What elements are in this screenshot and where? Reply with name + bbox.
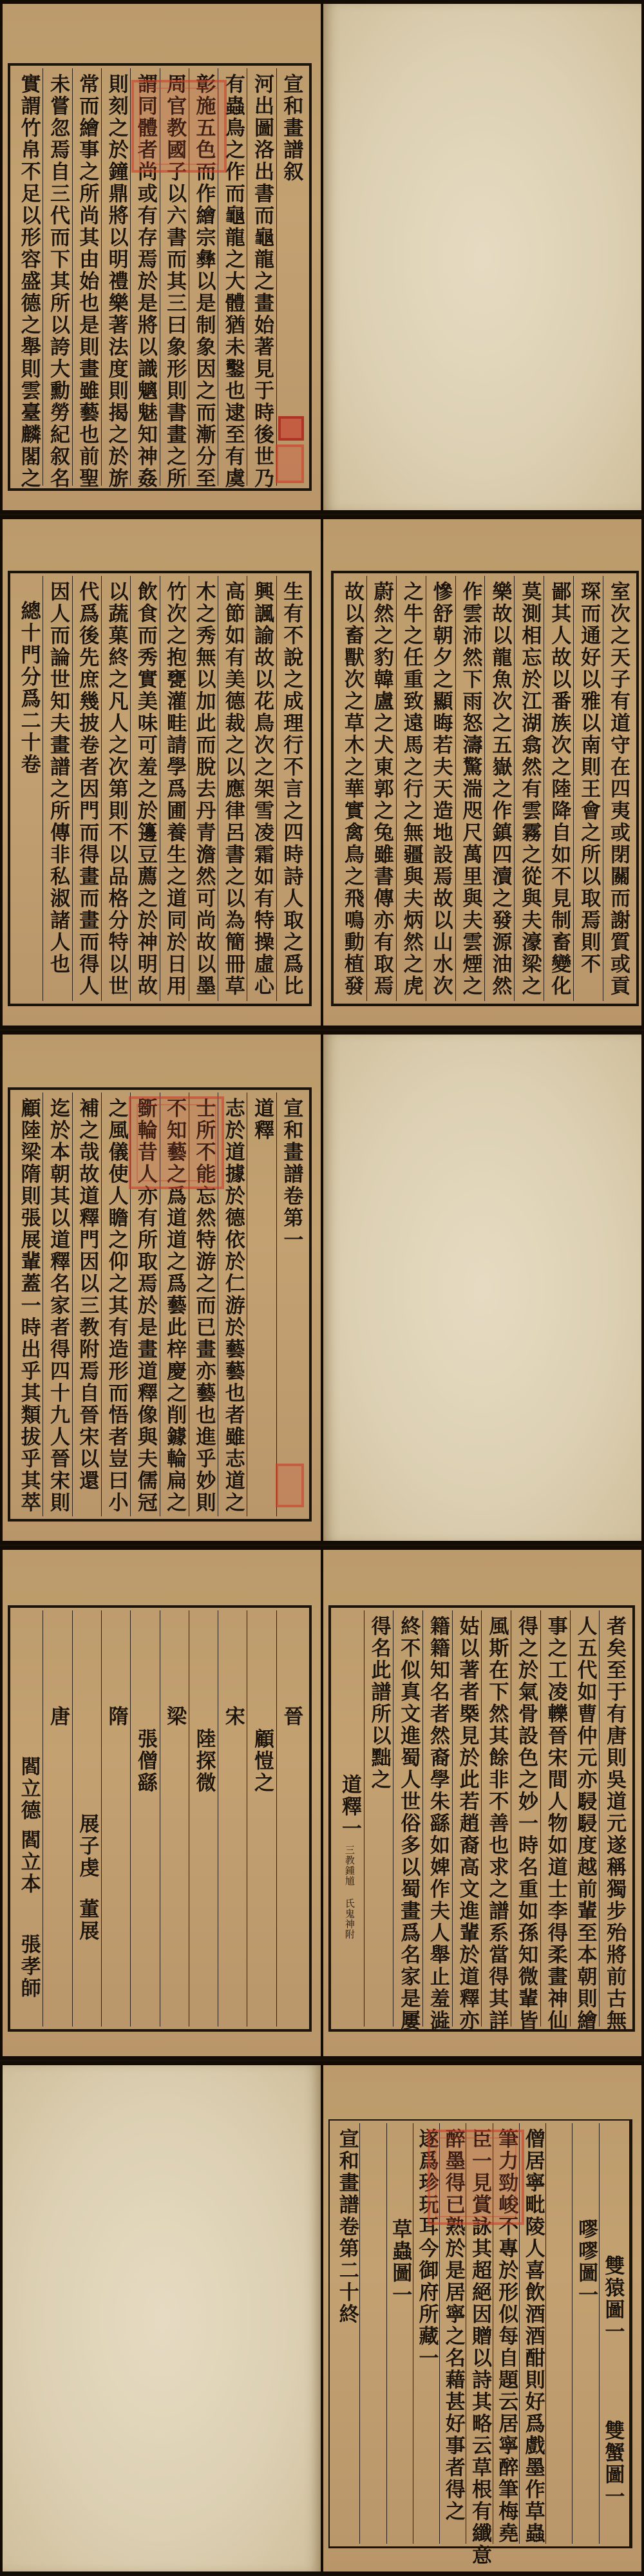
text-column: 之牛之任重致遠馬之行之無疆與夫炳然之虎 <box>396 576 426 1001</box>
text-column: 以蔬菓終之凡人之次第則不以品格分特以世 <box>101 576 130 1001</box>
dynasty-column: 梁 <box>160 1610 189 2027</box>
text-column: 嘐嘐圖一 <box>572 2123 598 2544</box>
red-seal-small <box>278 416 304 441</box>
red-seal-large <box>131 80 227 173</box>
red-seal-large <box>129 1096 224 1189</box>
page-preface-1: 宣和畫譜叙 河出圖洛出書而龜龍之畫始著見于時後世乃 有蟲鳥之作而龜龍之大體猶未鑿… <box>3 4 321 510</box>
dynasty-column: 隋 <box>101 1610 130 2027</box>
text-column: 故以畜獸次之草木之華實禽鳥之飛鳴動植發 <box>337 576 366 1001</box>
text-column: 竹次之抱甕灌畦請學爲圃養生之道同於日用 <box>160 576 189 1001</box>
text-column: 興諷諭故以花鳥次之架雪凌霜如有特操虛心 <box>247 576 276 1001</box>
spread-1: 宣和畫譜叙 河出圖洛出書而龜龍之畫始著見于時後世乃 有蟲鳥之作而龜龍之大體猶未鑿… <box>0 0 644 514</box>
red-seal-large <box>428 2130 524 2225</box>
text-column: 慘舒朝夕之顯晦若夫天造地設焉故以山水次 <box>426 576 455 1001</box>
text-column: 雙猿圖一 雙蟹圖一 <box>599 2123 625 2544</box>
text-column: 生有不說之成理行不言之四時詩人取之爲比 <box>276 576 305 1001</box>
blank-page <box>323 4 641 510</box>
text-column: 迄於本朝其以道釋名家者得四十九人晉宋則 <box>43 1092 71 1516</box>
painter-column: 陸探微 <box>189 1610 218 2027</box>
text-column: 得之於氣骨設色之妙一時名重如孫知微輩皆 <box>511 1610 540 2027</box>
text-column: 河出圖洛出書而龜龍之畫始著見于時後世乃 <box>247 68 276 486</box>
text-column: 作雲沛然下雨怒濤驚湍咫尺萬里與夫雲煙之 <box>455 576 485 1001</box>
text-column: 鄙其人故以番族次之陸降自如不見制畜變化 <box>544 576 573 1001</box>
text-column: 蔚然之豹韓盧之犬東郭之兔雖書傳亦有取焉 <box>366 576 396 1001</box>
dynasty-column: 晉 <box>276 1610 305 2027</box>
page-painter-list: 晉 顧愷之 宋 陸探微 梁 張僧繇 隋 展子虔 董展 唐 閻立德 閻立本 張孝師 <box>3 1550 321 2056</box>
spread-3: 宣和畫譜卷第一 道釋 志於道據於德依於仁游於藝藝也者雖志道之 士所不能忘然特游之… <box>0 1031 644 1545</box>
text-column: 籍籍知名者然裔學朱繇如婢作夫人舉止羞澁 <box>422 1610 452 2027</box>
dynasty-column: 唐 <box>43 1610 71 2027</box>
volume-title-column: 宣和畫譜卷第一 <box>276 1092 305 1516</box>
print-frame: 生有不說之成理行不言之四時詩人取之爲比 興諷諭故以花鳥次之架雪凌霜如有特操虛心 … <box>8 571 312 1006</box>
list-columns: 晉 顧愷之 宋 陸探微 梁 張僧繇 隋 展子虔 董展 唐 閻立德 閻立本 張孝師 <box>14 1610 305 2027</box>
text-column <box>545 2123 572 2544</box>
text-column: 草蟲圖一 <box>386 2123 413 2544</box>
blank-page <box>323 1035 641 1541</box>
painter-column: 顧愷之 <box>247 1610 276 2027</box>
text-column: 者矣至于有唐則吳道元遂稱獨步殆將前古無 <box>599 1610 629 2027</box>
text-columns: 室次之天子有道守在四夷或閉關而謝質或貢 琛而通好以雅以南則王會之所以取焉則不 鄙… <box>337 576 632 1001</box>
text-column <box>359 2123 386 2544</box>
text-column: 之風儀使人瞻之仰之其有造形而悟者豈曰小 <box>101 1092 130 1516</box>
red-seal-small-2 <box>276 444 304 483</box>
page-volume-20-end: 雙猿圖一 雙蟹圖一 嘐嘐圖一 僧居寧毗陵人喜飲酒酒酣則好爲戲墨作草蟲 筆力勁峻不… <box>323 2065 641 2571</box>
text-column: 代爲後先庶幾披卷者因門而得畫而畫而得人 <box>72 576 101 1001</box>
text-column: 飲食而秀實美味可羞之於籩豆薦之於神明故 <box>130 576 159 1001</box>
text-column: 樂故以龍魚次之五嶽之作鎮四瀆之發源油然 <box>484 576 514 1001</box>
text-column: 未嘗忽焉自三代而下其所以誇大勳勞紀叙名 <box>43 68 71 486</box>
page-preface-2: 室次之天子有道守在四夷或閉關而謝質或貢 琛而通好以雅以南則王會之所以取焉則不 鄙… <box>323 519 641 1026</box>
text-column: 風斯在下然其餘非不善也求之譜系當得其詳 <box>481 1610 511 2027</box>
text-columns: 者矣至于有唐則吳道元遂稱獨步殆將前古無 人五代如曹仲元亦駸駸度越前輩至本朝則繪 … <box>335 1610 629 2027</box>
print-frame: 晉 顧愷之 宋 陸探微 梁 張僧繇 隋 展子虔 董展 唐 閻立德 閻立本 張孝師 <box>8 1605 312 2032</box>
print-frame: 者矣至于有唐則吳道元遂稱獨步殆將前古無 人五代如曹仲元亦駸駸度越前輩至本朝則繪 … <box>328 1605 635 2032</box>
text-column: 事之工凌轢晉宋間人物如道士李得柔畫神仙 <box>540 1610 570 2027</box>
dynasty-column: 宋 <box>218 1610 247 2027</box>
section-heading-column: 道釋 <box>247 1092 276 1516</box>
text-column: 木之秀無以加此而脫去丹青澹然可尚故以墨 <box>189 576 218 1001</box>
spread-2: 生有不說之成理行不言之四時詩人取之爲比 興諷諭故以花鳥次之架雪凌霜如有特操虛心 … <box>0 515 644 1029</box>
spread-5: 雙猿圖一 雙蟹圖一 嘐嘐圖一 僧居寧毗陵人喜飲酒酒酣則好爲戲墨作草蟲 筆力勁峻不… <box>0 2061 644 2575</box>
page-volume-1-end: 者矣至于有唐則吳道元遂稱獨步殆將前古無 人五代如曹仲元亦駸駸度越前輩至本朝則繪 … <box>323 1550 641 2056</box>
painter-column: 張僧繇 <box>130 1610 159 2027</box>
page-preface-3: 生有不說之成理行不言之四時詩人取之爲比 興諷諭故以花鳥次之架雪凌霜如有特操虛心 … <box>3 519 321 1026</box>
text-columns: 生有不說之成理行不言之四時詩人取之爲比 興諷諭故以花鳥次之架雪凌霜如有特操虛心 … <box>14 576 305 1001</box>
text-column: 莫測相忘於江湖翕然有雲霧之從與夫濠梁之 <box>514 576 544 1001</box>
text-column: 常而繪事之所尚其由始也是則畫雖藝也前聖 <box>72 68 101 486</box>
text-column: 則刻之於鐘鼎將以明禮樂著法度則揭之於旂 <box>101 68 130 486</box>
text-column: 顧陸梁隋則張展輩蓋一時出乎其類拔乎其萃 <box>14 1092 43 1516</box>
red-seal-small <box>276 1464 304 1507</box>
painter-column: 閻立德 閻立本 張孝師 <box>14 1610 43 2027</box>
spread-4: 晉 顧愷之 宋 陸探微 梁 張僧繇 隋 展子虔 董展 唐 閻立德 閻立本 張孝師 <box>0 1546 644 2060</box>
text-column: 姑以著者槩見於此若趙裔高文進輩於道釋亦 <box>452 1610 482 2027</box>
text-column: 人五代如曹仲元亦駸駸度越前輩至本朝則繪 <box>570 1610 600 2027</box>
text-column: 因人而論世知夫畫譜之所傳非私淑諸人也 <box>43 576 71 1001</box>
print-frame: 室次之天子有道守在四夷或閉關而謝質或貢 琛而通好以雅以南則王會之所以取焉則不 鄙… <box>331 571 639 1006</box>
text-column: 補之哉故道釋門因以三教附焉自晉宋以還 <box>72 1092 101 1516</box>
painter-column: 展子虔 董展 <box>72 1610 101 2027</box>
volume-end-title-column: 宣和畫譜卷第二十終 <box>334 2123 359 2544</box>
text-column: 室次之天子有道守在四夷或閉關而謝質或貢 <box>603 576 632 1001</box>
text-column: 得名此譜所以黜之 <box>364 1610 393 2027</box>
text-column: 琛而通好以雅以南則王會之所以取焉則不 <box>573 576 603 1001</box>
blank-page <box>3 2065 321 2571</box>
text-column: 實謂竹帛不足以形容盛德之舉則雲臺麟閣之 <box>14 68 43 486</box>
page-volume-1-start: 宣和畫譜卷第一 道釋 志於道據於德依於仁游於藝藝也者雖志道之 士所不能忘然特游之… <box>3 1035 321 1541</box>
text-column: 總十門分爲二十卷 <box>14 576 43 1001</box>
section-end-column: 道釋一 三教鍾馗 氏鬼神附 <box>335 1610 364 2027</box>
text-column: 終不似真文進蜀人世俗多以蜀畫爲名家是屢 <box>393 1610 422 2027</box>
text-column: 高節如有美德裁之以應律呂書之以為簡冊草 <box>218 576 247 1001</box>
